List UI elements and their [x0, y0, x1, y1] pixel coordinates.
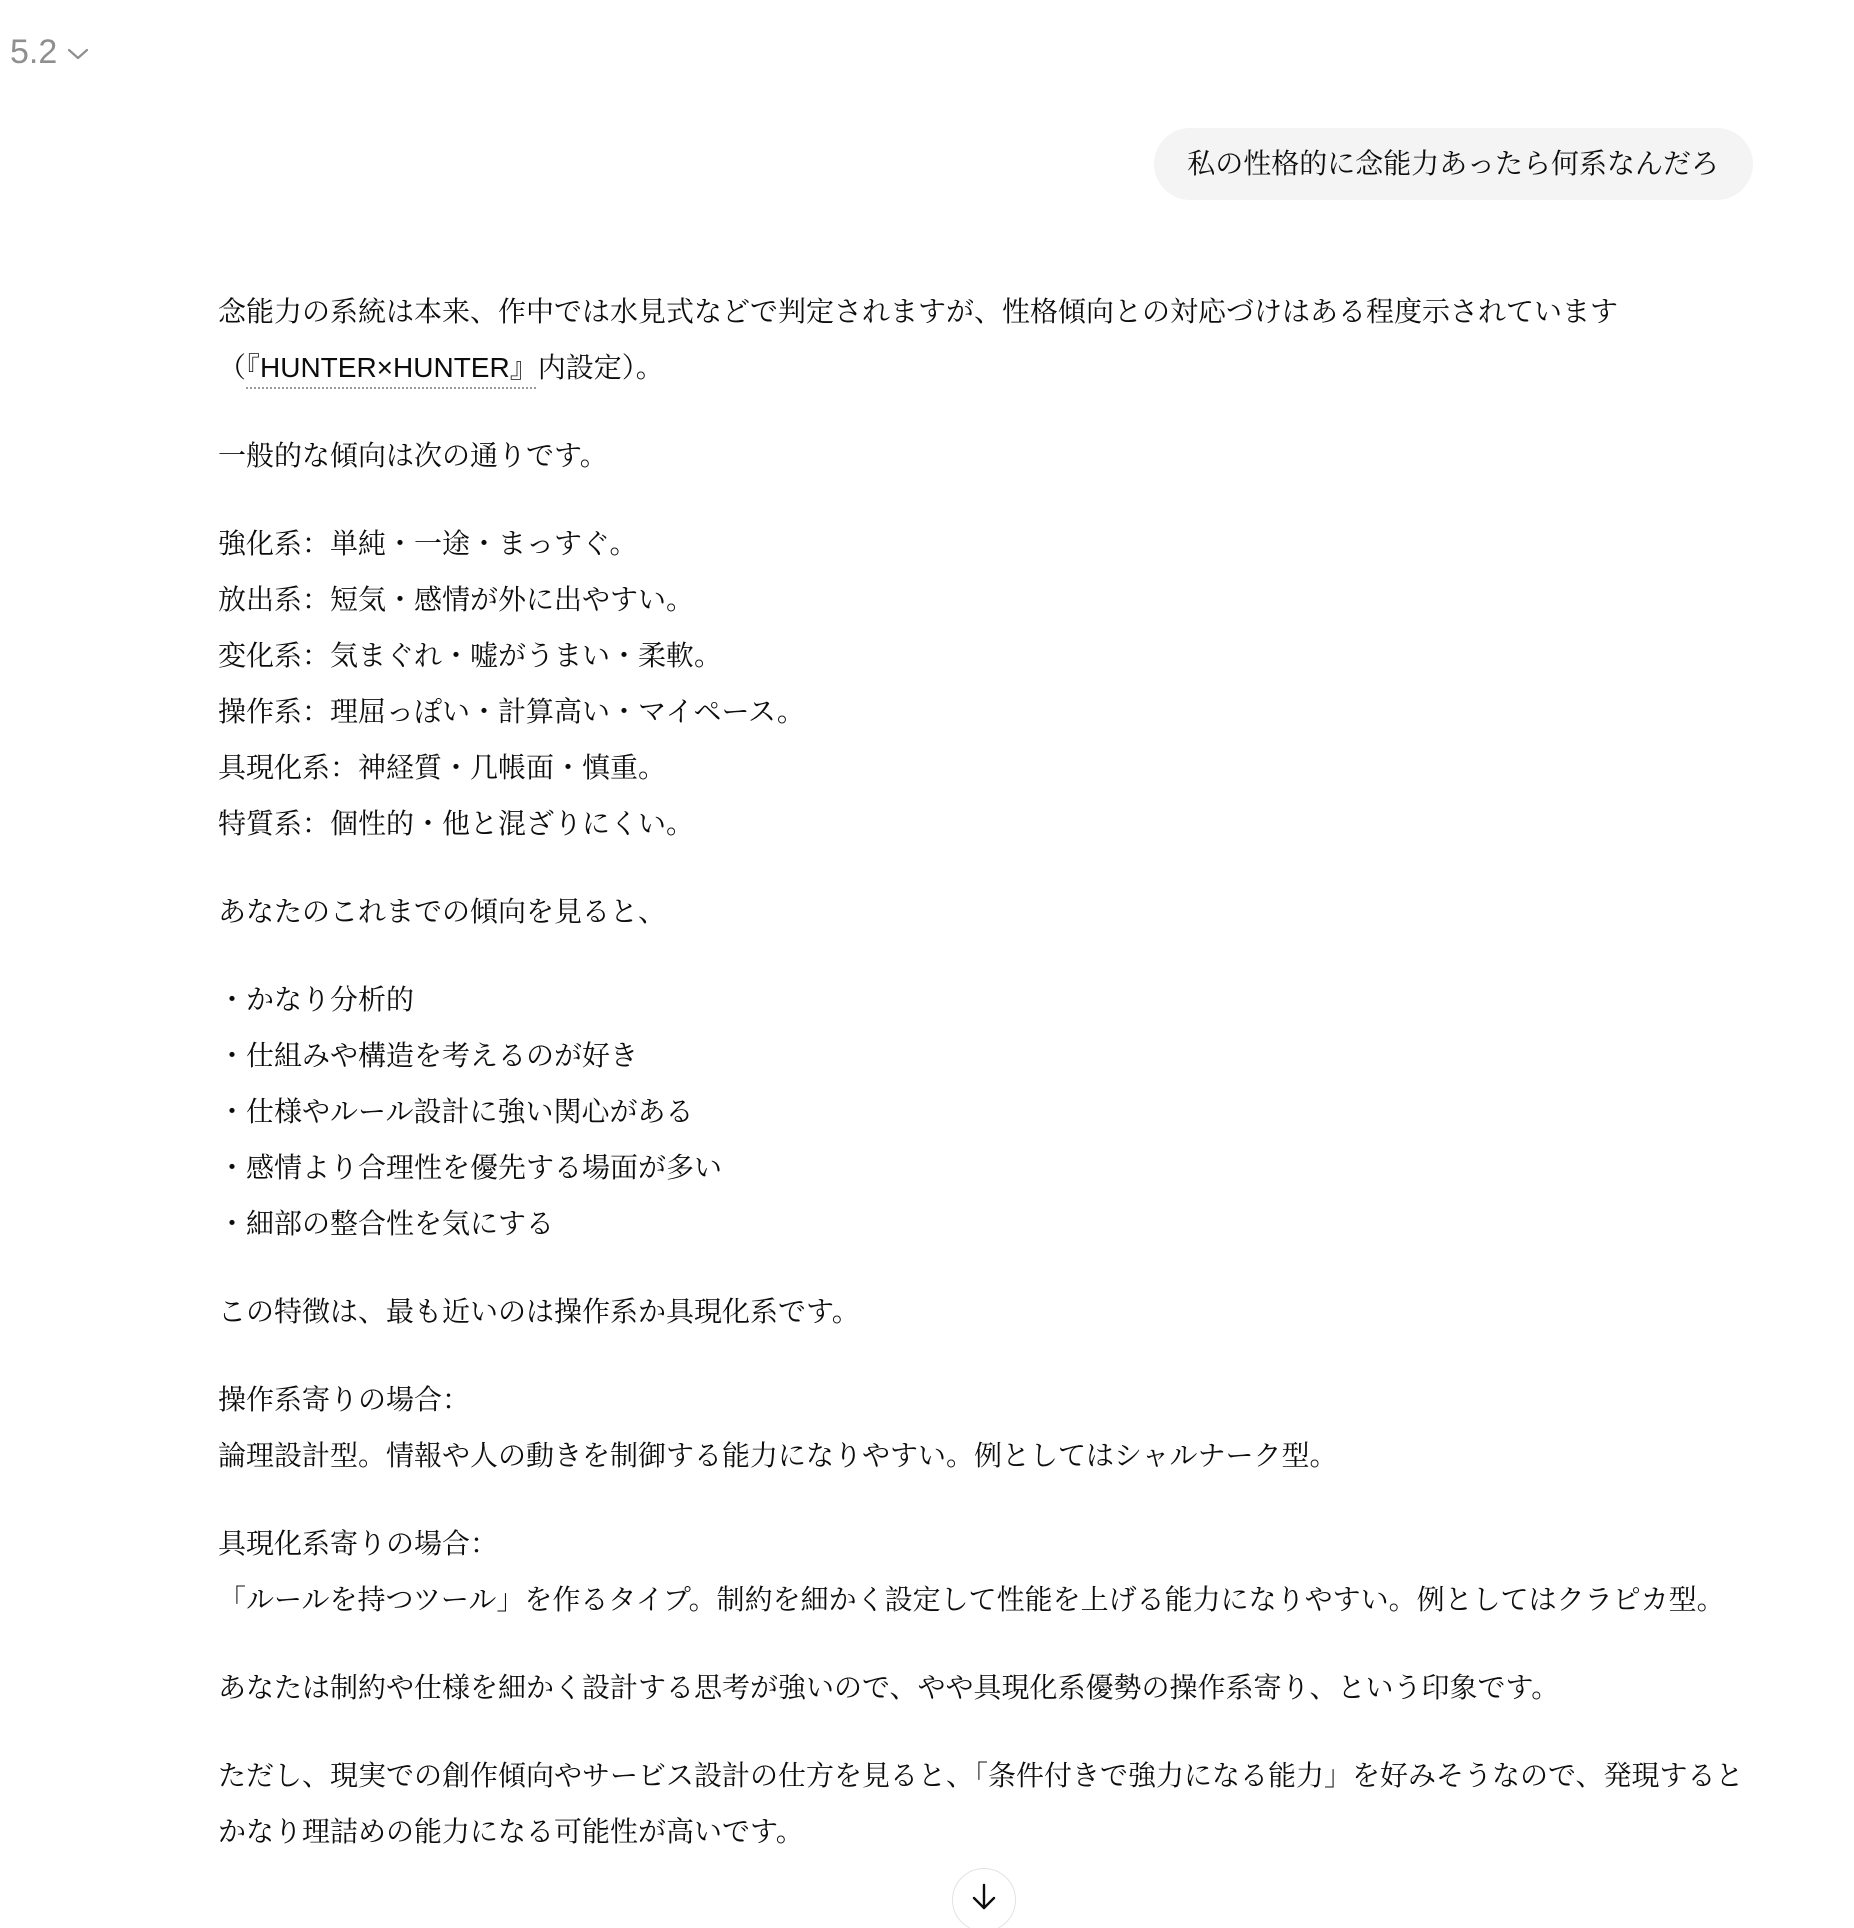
- trait-item: ・感情より合理性を優先する場面が多い: [218, 1140, 1758, 1196]
- nen-type-conjuration: 具現化系：神経質・几帳面・慎重。: [218, 740, 1758, 796]
- model-version: 5.2: [10, 28, 57, 76]
- user-message-bubble: 私の性格的に念能力あったら何系なんだろ: [1154, 128, 1753, 200]
- nen-type-manipulation: 操作系：理屈っぽい・計算高い・マイペース。: [218, 684, 1758, 740]
- model-switcher[interactable]: T 5.2: [0, 28, 89, 76]
- nen-type-specialization: 特質系：個性的・他と混ざりにくい。: [218, 796, 1758, 852]
- conjuration-heading: 具現化系寄りの場合：: [218, 1516, 1758, 1572]
- trait-item: ・仕様やルール設計に強い関心がある: [218, 1084, 1758, 1140]
- nen-type-enhancement: 強化系：単純・一途・まっすぐ。: [218, 516, 1758, 572]
- conclusion-paragraph: ただし、現実での創作傾向やサービス設計の仕方を見ると、「条件付きで強力になる能力…: [218, 1748, 1758, 1860]
- work-reference-link[interactable]: 『HUNTER×HUNTER』: [246, 352, 538, 383]
- impression-paragraph: あなたは制約や仕様を細かく設計する思考が強いので、やや具現化系優勢の操作系寄り、…: [218, 1660, 1758, 1716]
- intro-prefix: （: [218, 352, 246, 383]
- intro-suffix: 内設定）。: [538, 352, 664, 383]
- nen-types-list: 強化系：単純・一途・まっすぐ。 放出系：短気・感情が外に出やすい。 変化系：気ま…: [218, 516, 1758, 852]
- nen-type-emission: 放出系：短気・感情が外に出やすい。: [218, 572, 1758, 628]
- manipulation-body: 論理設計型。情報や人の動きを制御する能力になりやすい。例としてはシャルナーク型。: [218, 1428, 1758, 1484]
- conjuration-section: 具現化系寄りの場合： 「ルールを持つツール」を作るタイプ。制約を細かく設定して性…: [218, 1516, 1758, 1628]
- intro-line-1: 念能力の系統は本来、作中では水見式などで判定されますが、性格傾向との対応づけはあ…: [218, 296, 1618, 327]
- user-message-row: 私の性格的に念能力あったら何系なんだろ: [1154, 128, 1753, 200]
- conjuration-body: 「ルールを持つツール」を作るタイプ。制約を細かく設定して性能を上げる能力になりや…: [218, 1572, 1758, 1628]
- general-intro: 一般的な傾向は次の通りです。: [218, 428, 1758, 484]
- closest-types: この特徴は、最も近いのは操作系か具現化系です。: [218, 1284, 1758, 1340]
- your-tendency-intro: あなたのこれまでの傾向を見ると、: [218, 884, 1758, 940]
- trait-item: ・かなり分析的: [218, 972, 1758, 1028]
- assistant-message: 念能力の系統は本来、作中では水見式などで判定されますが、性格傾向との対応づけはあ…: [218, 284, 1758, 1892]
- chevron-down-icon: [67, 47, 89, 61]
- manipulation-heading: 操作系寄りの場合：: [218, 1372, 1758, 1428]
- arrow-down-icon: [969, 1882, 999, 1912]
- intro-paragraph: 念能力の系統は本来、作中では水見式などで判定されますが、性格傾向との対応づけはあ…: [218, 284, 1758, 396]
- trait-item: ・細部の整合性を気にする: [218, 1196, 1758, 1252]
- nen-type-transmutation: 変化系：気まぐれ・嘘がうまい・柔軟。: [218, 628, 1758, 684]
- traits-list: ・かなり分析的 ・仕組みや構造を考えるのが好き ・仕様やルール設計に強い関心があ…: [218, 972, 1758, 1252]
- manipulation-section: 操作系寄りの場合： 論理設計型。情報や人の動きを制御する能力になりやすい。例とし…: [218, 1372, 1758, 1484]
- scroll-to-bottom-button[interactable]: [952, 1868, 1016, 1928]
- trait-item: ・仕組みや構造を考えるのが好き: [218, 1028, 1758, 1084]
